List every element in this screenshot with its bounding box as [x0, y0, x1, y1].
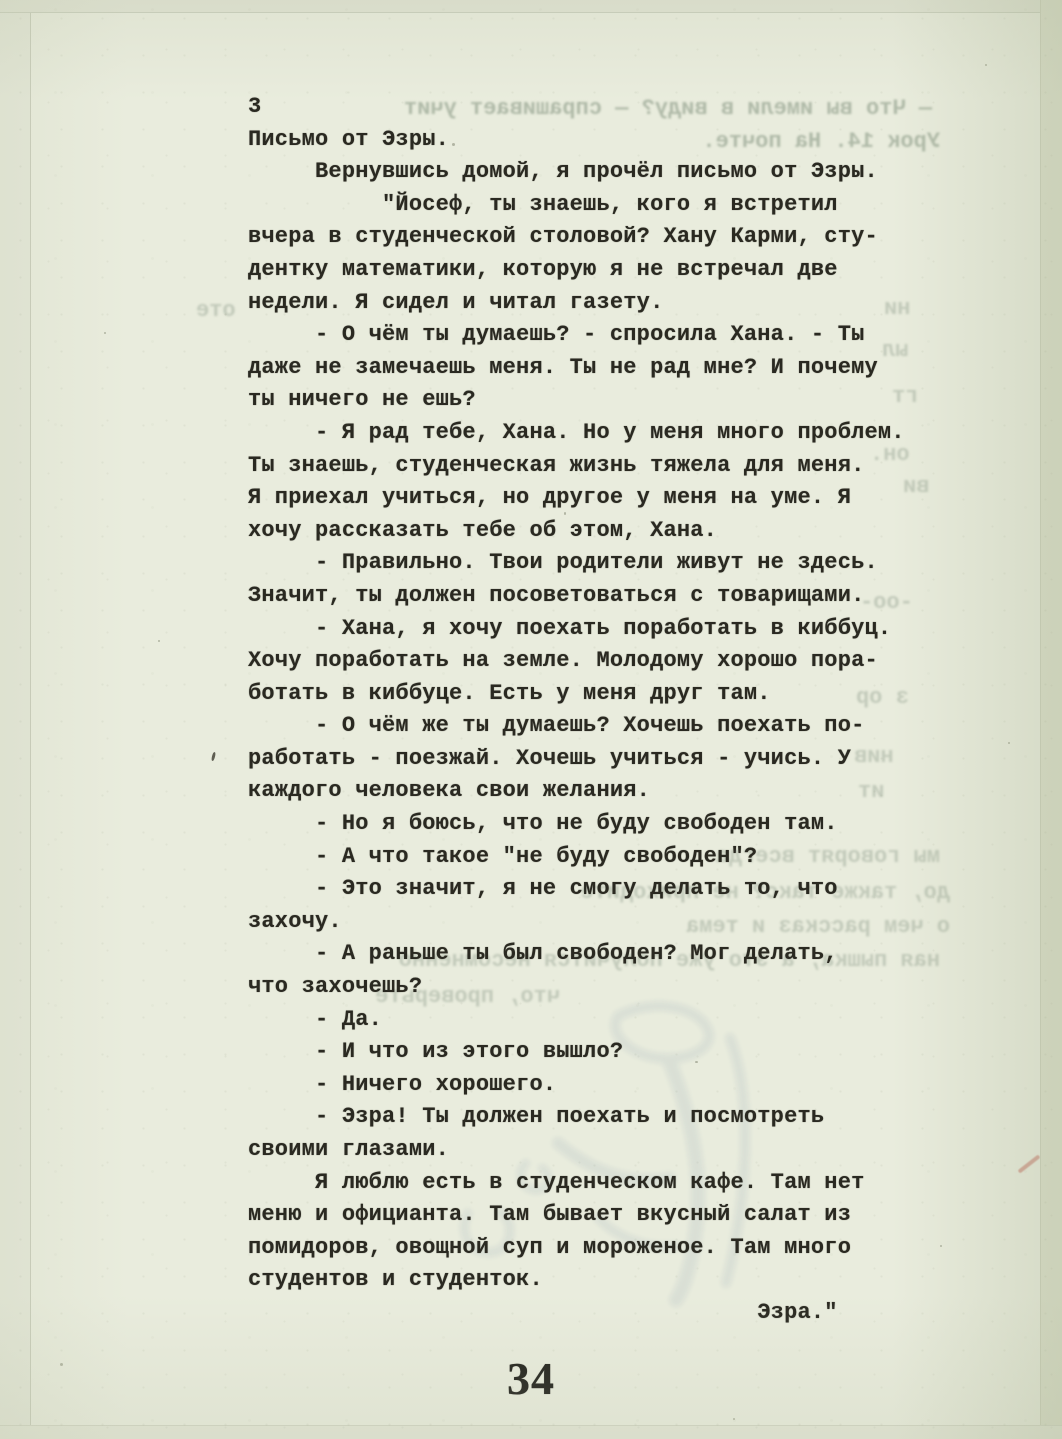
paper-speck [1008, 742, 1010, 744]
typed-line: вчера в студенческой столовой? Хану Карм… [248, 221, 905, 254]
scanned-page: — Что вы имели в виду? — спрашивает учит… [0, 0, 1062, 1439]
typed-line: - Но я боюсь, что не буду свободен там. [248, 808, 905, 841]
typed-line: - И что из этого вышло? [248, 1036, 905, 1069]
paper-speck [940, 1245, 942, 1247]
typed-line: - Хана, я хочу поехать поработать в кибб… [248, 613, 905, 646]
typed-line: - Эзра! Ты должен поехать и посмотреть [248, 1101, 905, 1134]
typed-line: каждого человека свои желания. [248, 775, 905, 808]
typed-line: - Это значит, я не смогу делать то, что [248, 873, 905, 906]
scan-edge-right [1040, 0, 1062, 1439]
typed-line: своими глазами. [248, 1134, 905, 1167]
paper-speck [564, 512, 566, 515]
typed-line: Вернувшись домой, я прочёл письмо от Эзр… [248, 156, 905, 189]
pen-tick-mark [211, 752, 216, 761]
paper-speck [158, 640, 160, 642]
typed-line: - Ничего хорошего. [248, 1069, 905, 1102]
typed-line: - О чём ты думаешь? - спросила Хана. - Т… [248, 319, 905, 352]
typed-line: что захочешь? [248, 971, 905, 1004]
bleedthrough-fragment: ви [903, 472, 929, 502]
scan-edge-top [0, 0, 1062, 13]
typewritten-text: 3Письмо от Эзры. Вернувшись домой, я про… [248, 91, 905, 1330]
typed-line: Ты знаешь, студенческая жизнь тяжела для… [248, 450, 905, 483]
typed-line: Хочу поработать на земле. Молодому хорош… [248, 645, 905, 678]
typed-line: ботать в киббуце. Есть у меня друг там. [248, 678, 905, 711]
typed-line: помидоров, овощной суп и мороженое. Там … [248, 1232, 905, 1265]
typed-line: студентов и студенток. [248, 1264, 905, 1297]
typed-line: - Я рад тебе, Хана. Но у меня много проб… [248, 417, 905, 450]
typed-line: - Да. [248, 1004, 905, 1037]
typed-line: даже не замечаешь меня. Ты не рад мне? И… [248, 352, 905, 385]
scan-edge-bottom [0, 1425, 1062, 1439]
paper-speck [104, 332, 106, 334]
typed-line: Эзра." [248, 1297, 905, 1330]
bleedthrough-fragment: оте [196, 296, 236, 326]
typed-line: - А раньше ты был свободен? Мог делать, [248, 938, 905, 971]
typed-line: дентку математики, которую я не встречал… [248, 254, 905, 287]
paper-speck [733, 1418, 735, 1420]
typed-line: Письмо от Эзры. [248, 124, 905, 157]
scan-edge-left [0, 0, 31, 1439]
paper-speck [60, 1363, 63, 1366]
red-pen-mark [1018, 1154, 1041, 1173]
typed-line: ты ничего не ешь? [248, 384, 905, 417]
typed-line: недели. Я сидел и читал газету. [248, 287, 905, 320]
typed-line: меню и официанта. Там бывает вкусный сал… [248, 1199, 905, 1232]
paper-speck [985, 64, 987, 66]
paper-speck [452, 143, 455, 146]
typed-line: - О чём же ты думаешь? Хочешь поехать по… [248, 710, 905, 743]
typed-line: - Правильно. Твои родители живут не здес… [248, 547, 905, 580]
page-number-row: 34 [0, 1352, 1062, 1405]
typed-line: "Йосеф, ты знаешь, кого я встретил [248, 189, 905, 222]
typed-line: Я приехал учиться, но другое у меня на у… [248, 482, 905, 515]
typed-line: хочу рассказать тебе об этом, Хана. [248, 515, 905, 548]
typed-line: работать - поезжай. Хочешь учиться - учи… [248, 743, 905, 776]
typed-line: Я люблю есть в студенческом кафе. Там не… [248, 1167, 905, 1200]
page-number: 34 [507, 1353, 555, 1404]
typed-line: - А что такое "не буду свободен"? [248, 841, 905, 874]
typed-line: 3 [248, 91, 905, 124]
typed-line: Значит, ты должен посоветоваться с товар… [248, 580, 905, 613]
paper-speck [695, 1061, 698, 1063]
typed-line: захочу. [248, 906, 905, 939]
